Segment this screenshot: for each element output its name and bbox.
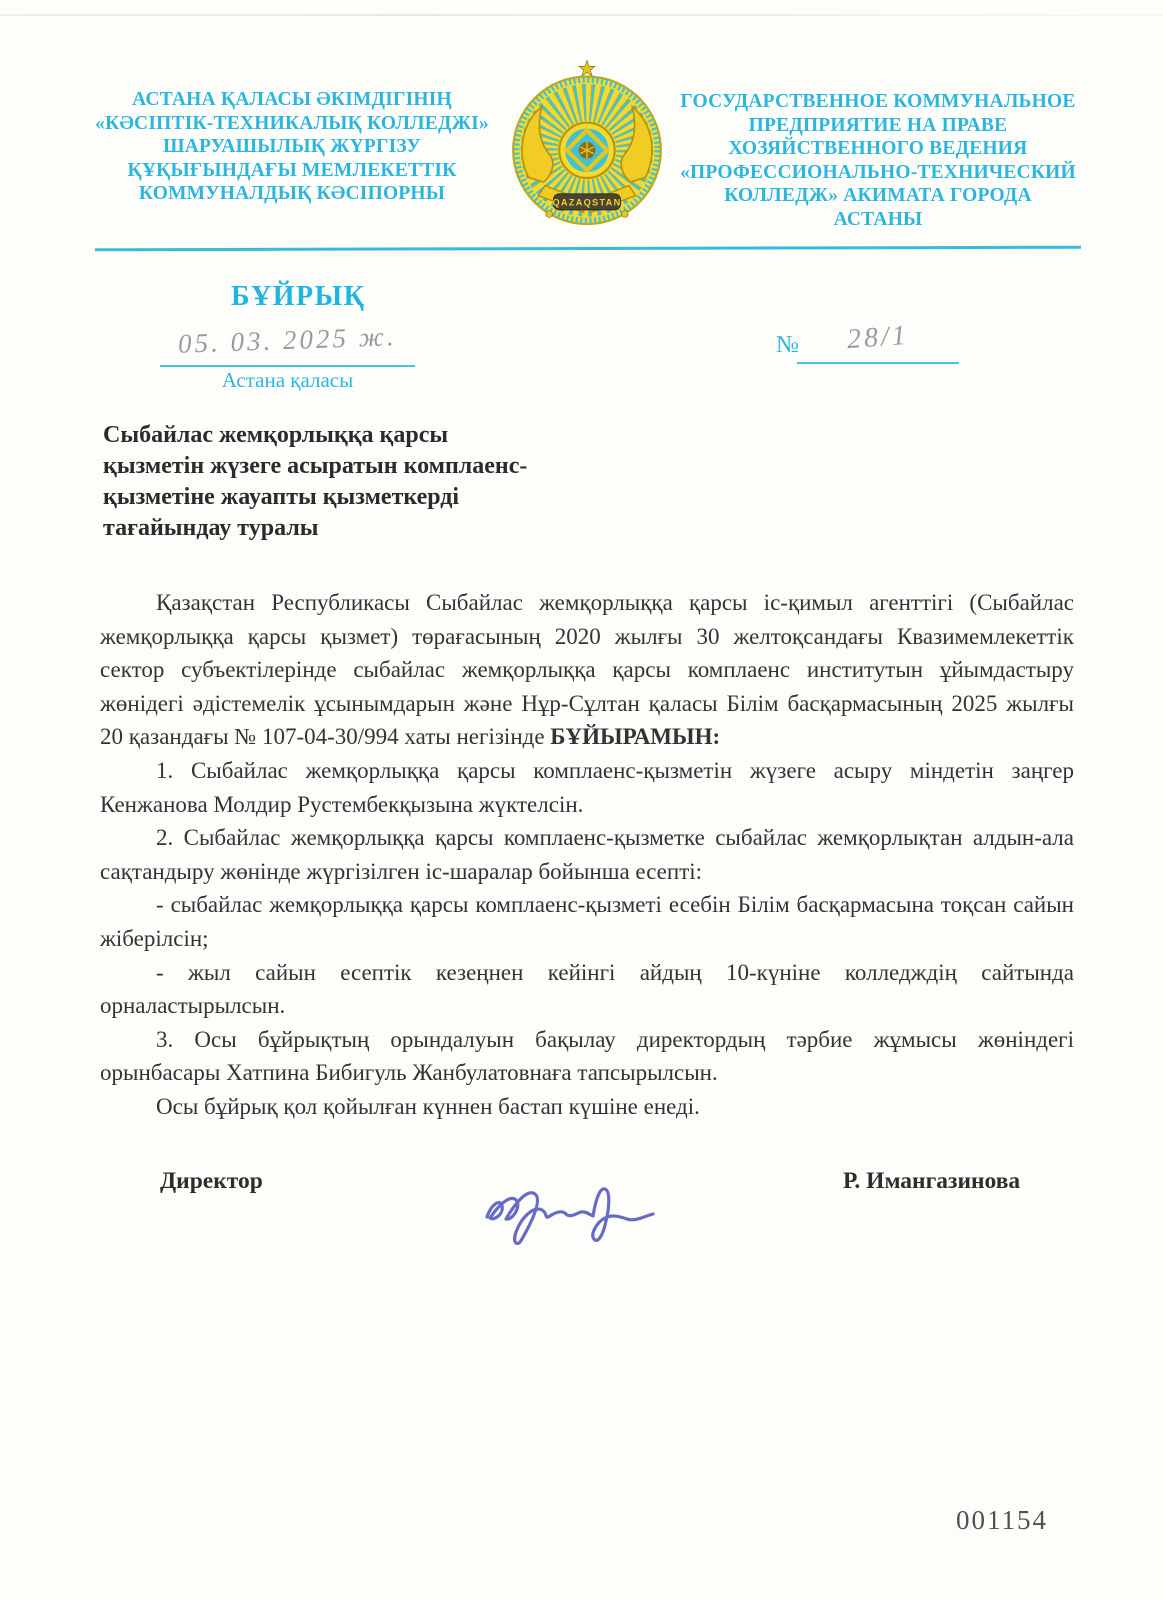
paragraph-subitem-website: - жыл сайын есептік кезеңнен кейінгі айд… [100,956,1074,1023]
paragraph-subitem-quarterly: - сыбайлас жемқорлыққа қарсы комплаенс-қ… [100,888,1074,955]
order-title: БҰЙРЫҚ [231,281,365,313]
order-subject: Сыбайлас жемқорлыққа қарсы қызметін жүзе… [103,420,543,544]
paragraph-item-3: 3. Осы бұйрықтың орындалуын бақылау дире… [100,1023,1074,1090]
order-number-label: № [776,332,799,359]
paragraph-intro: Қазақстан Республикасы Сыбайлас жемқорлы… [100,586,1074,754]
order-body: Қазақстан Республикасы Сыбайлас жемқорлы… [100,586,1074,1124]
document-serial-number: 001154 [956,1505,1048,1536]
handwritten-date: 05. 03. 2025 ж. [178,321,398,360]
letterhead-divider [95,246,1081,252]
emblem-star [579,61,595,77]
intro-bold-word: БҰЙЫРАМЫН: [550,724,720,749]
scanned-order-document: АСТАНА ҚАЛАСЫ ӘКІМДІГІНІҢ «КӘСІПТІК-ТЕХН… [0,0,1163,1600]
handwritten-order-number: 28/1 [846,320,910,356]
letterhead-org-kazakh: АСТАНА ҚАЛАСЫ ӘКІМДІГІНІҢ «КӘСІПТІК-ТЕХН… [92,88,492,206]
kazakhstan-coat-of-arms-icon: QAZAQSTAN [503,58,671,230]
order-city: Астана қаласы [160,368,415,393]
emblem-banner-text: QAZAQSTAN [552,198,621,208]
signature-role: Директор [160,1168,263,1195]
signature-ink-icon [475,1155,660,1255]
paragraph-item-1: 1. Сыбайлас жемқорлыққа қарсы комплаенс-… [100,754,1074,821]
order-date-line: 05. 03. 2025 ж. [160,325,415,367]
paragraph-effective-date: Осы бұйрық қол қойылған күннен бастап кү… [100,1090,1074,1124]
scan-artifact-line [0,14,1163,16]
letterhead-org-russian: ГОСУДАРСТВЕННОЕ КОММУНАЛЬНОЕ ПРЕДПРИЯТИЕ… [678,90,1078,231]
order-number-line: 28/1 [797,322,959,364]
signature-name: Р. Имангазинова [843,1168,1020,1195]
paragraph-item-2: 2. Сыбайлас жемқорлыққа қарсы комплаенс-… [100,821,1074,888]
